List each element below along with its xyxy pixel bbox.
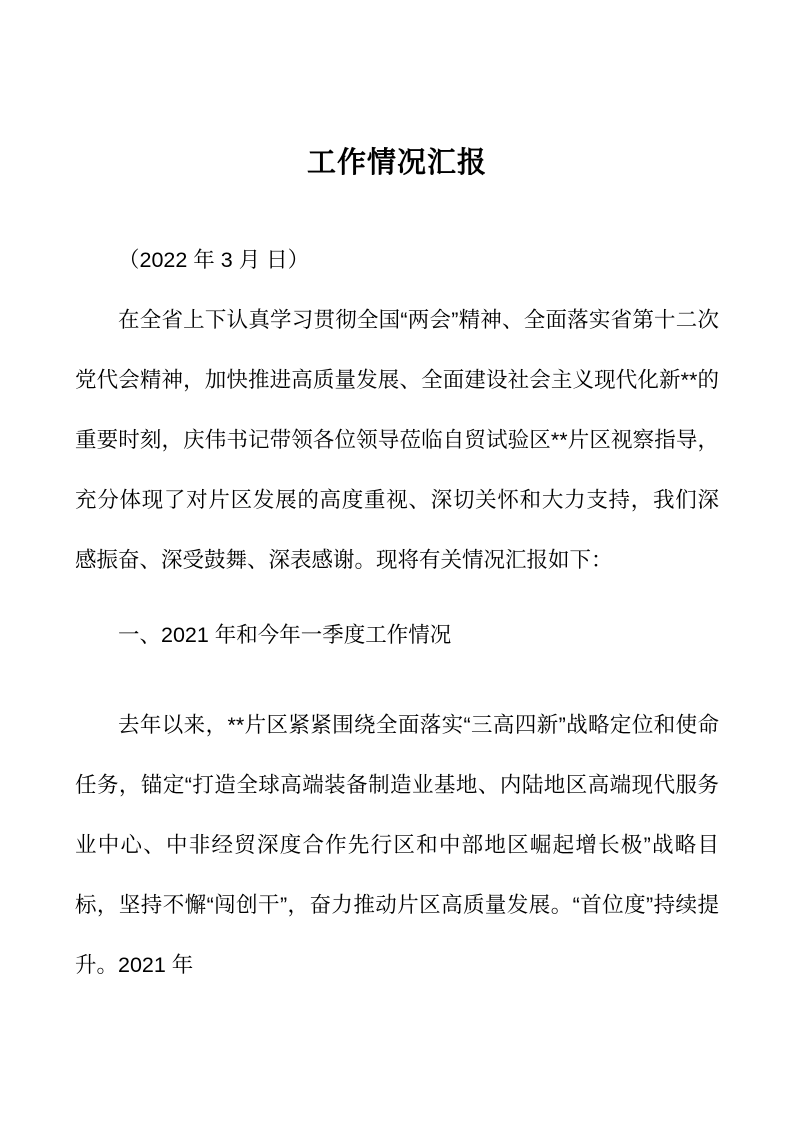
date-line: （2022 年 3 月 日） [75, 230, 719, 290]
section-heading: 一、2021 年和今年一季度工作情况 [75, 605, 719, 665]
document-body: 在全省上下认真学习贯彻全国“两会”精神、全面落实省第十二次党代会精神，加快推进高… [75, 290, 719, 995]
document-page: 工作情况汇报 （2022 年 3 月 日） 在全省上下认真学习贯彻全国“两会”精… [0, 0, 794, 1122]
paragraph: 在全省上下认真学习贯彻全国“两会”精神、全面落实省第十二次党代会精神，加快推进高… [75, 290, 719, 590]
document-title: 工作情况汇报 [75, 142, 719, 185]
paragraph: 去年以来，**片区紧紧围绕全面落实“三高四新”战略定位和使命任务，锚定“打造全球… [75, 695, 719, 995]
